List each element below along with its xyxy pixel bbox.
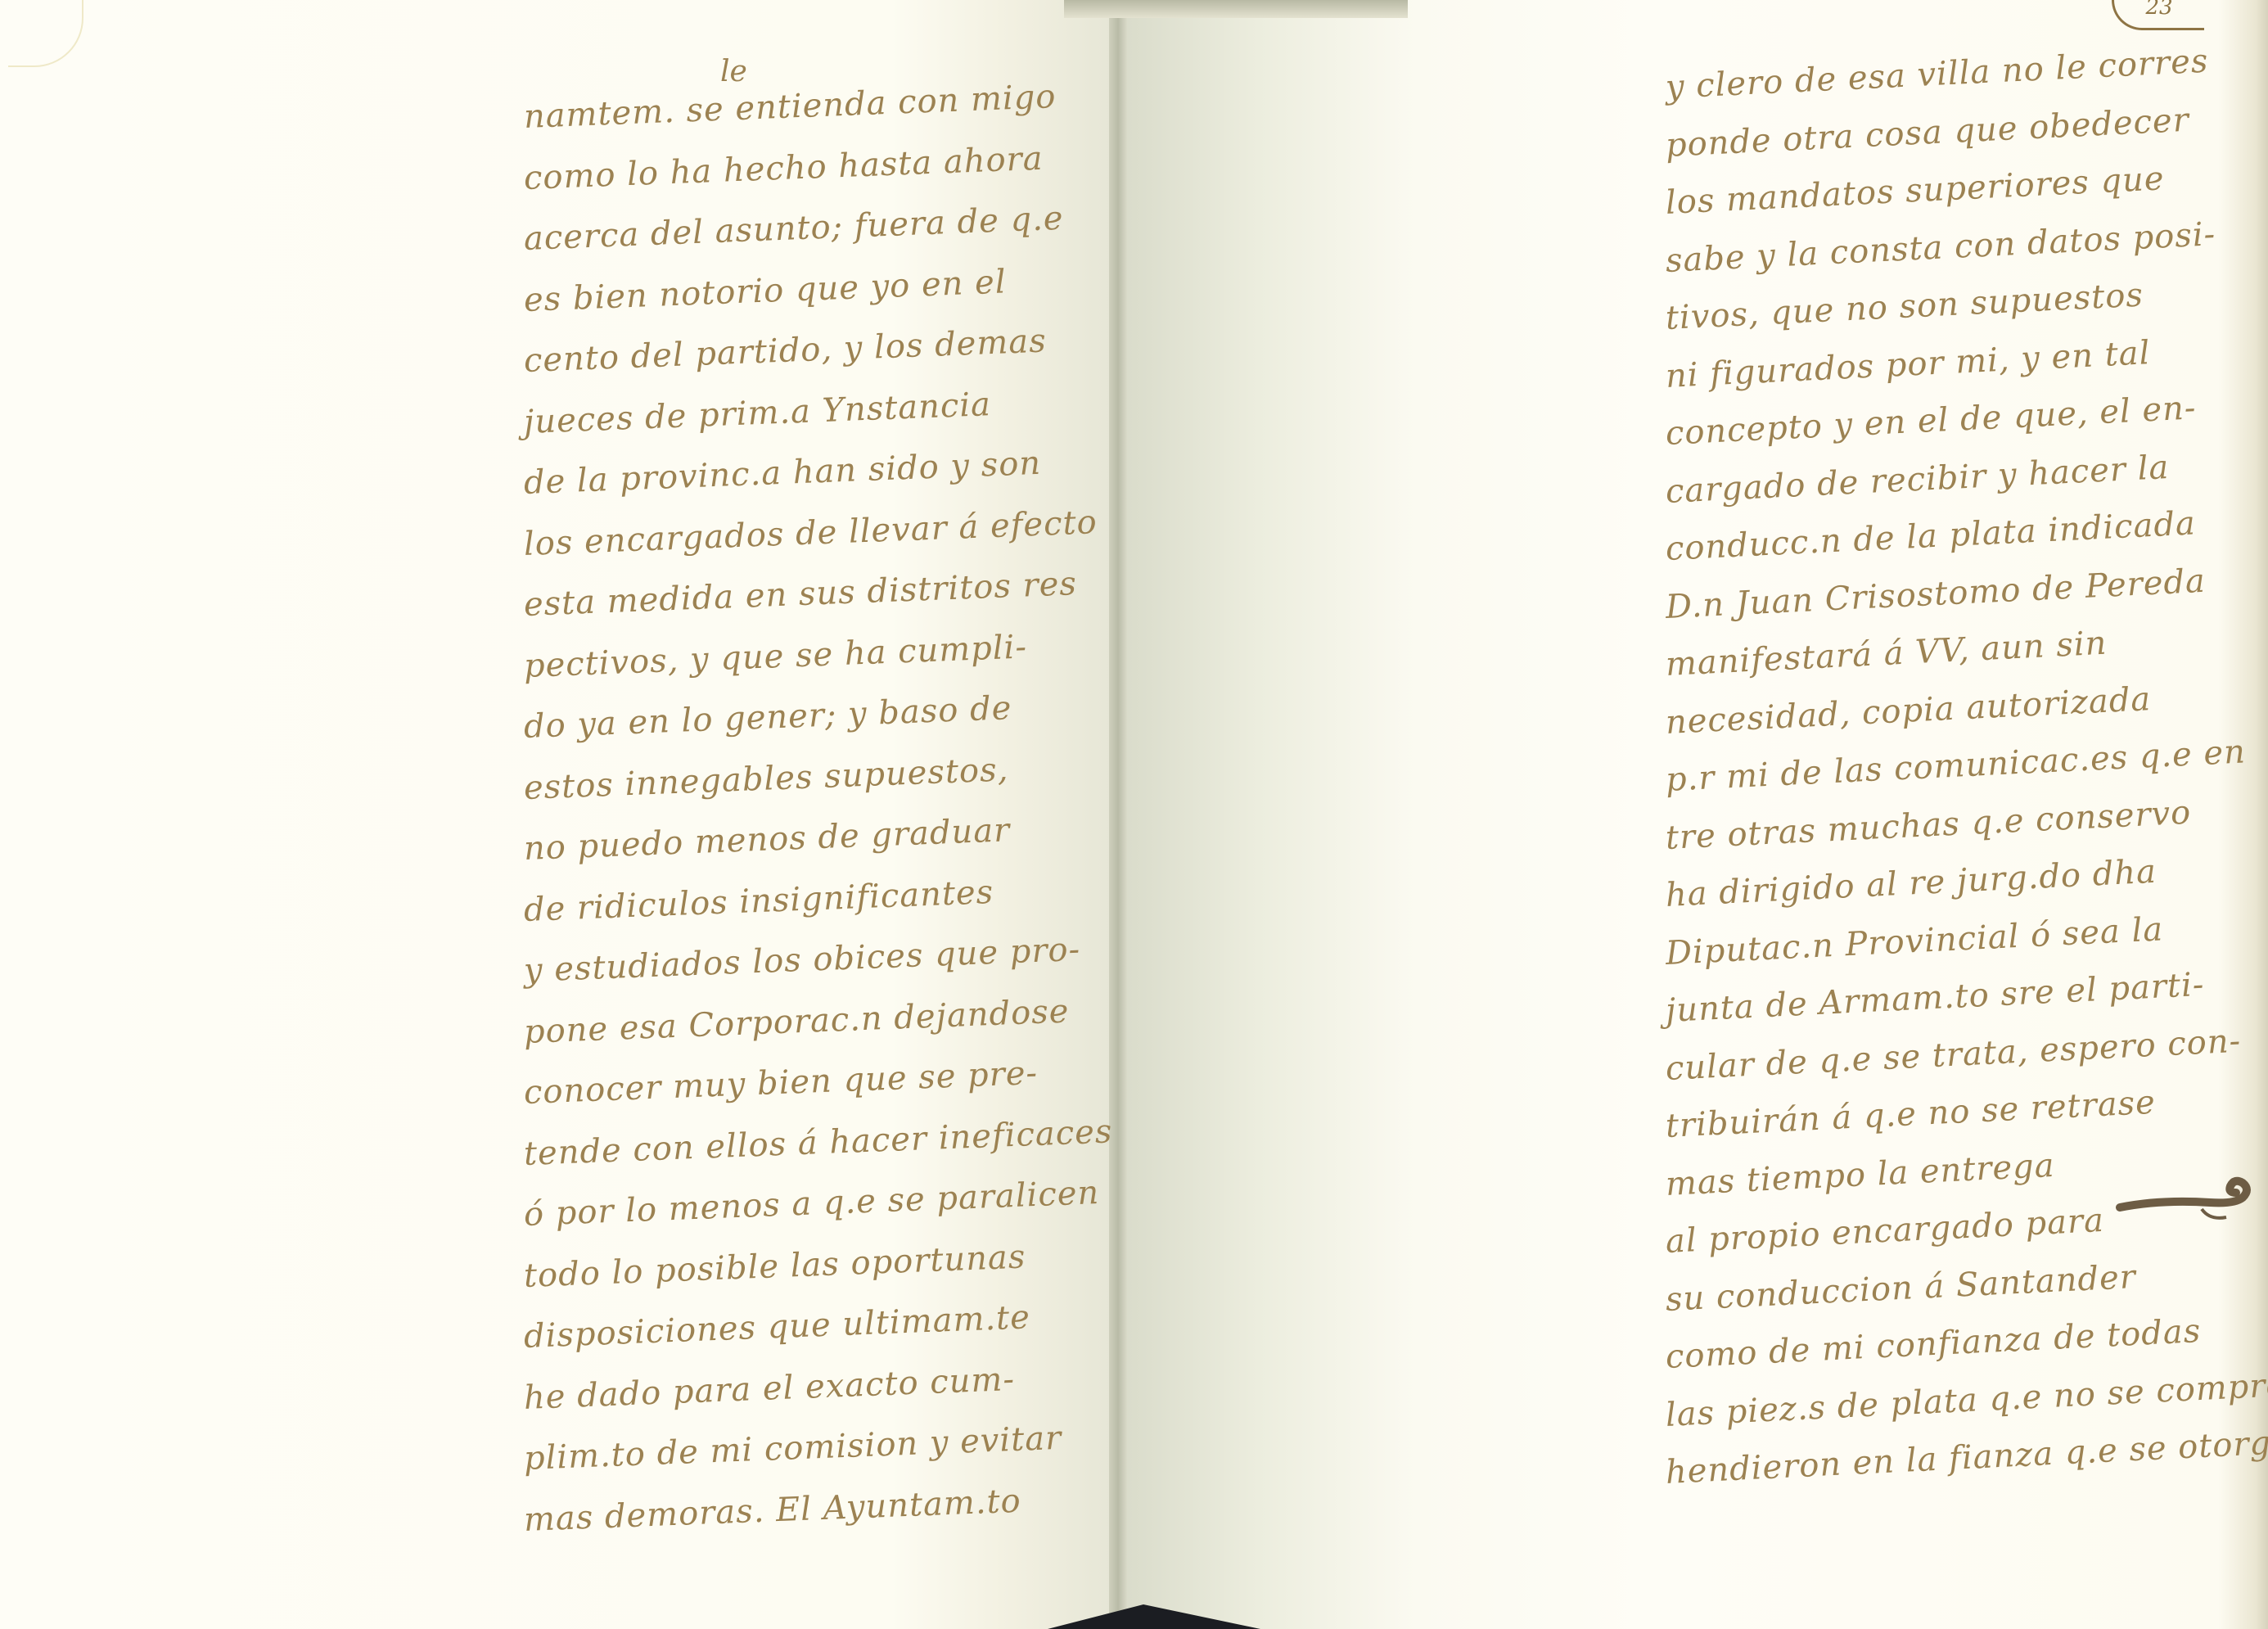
left-page-text: le namtem. se entienda con migo como lo … <box>524 57 1113 1550</box>
manuscript-spread: le namtem. se entienda con migo como lo … <box>0 0 2268 1629</box>
ink-flourish-icon <box>2112 1175 2259 1224</box>
right-page-text: y clero de esa villa no le corres ponde … <box>1666 16 2255 1502</box>
blank-page <box>1127 0 1651 1629</box>
gutter-shadow-top <box>1064 0 1408 18</box>
